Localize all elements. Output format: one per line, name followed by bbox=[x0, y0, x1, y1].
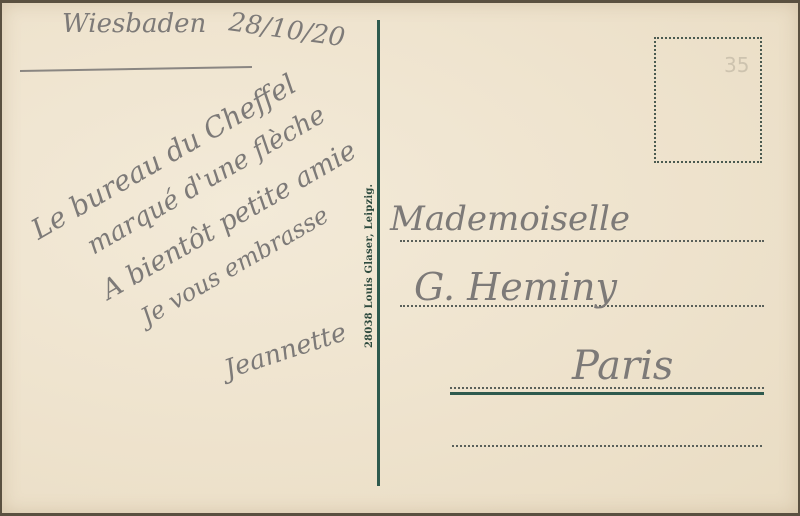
underline-stroke bbox=[20, 66, 252, 72]
address-recipient-name: G. Heminy bbox=[414, 265, 617, 309]
publisher-imprint: 28038 Louis Glaser, Leipzig. bbox=[364, 184, 375, 348]
postcard-back: Wiesbaden 28/10/20 Le bureau du Cheffel … bbox=[2, 3, 798, 513]
address-city: Paris bbox=[572, 343, 673, 389]
address-recipient-title: Mademoiselle bbox=[390, 199, 630, 239]
handwritten-place: Wiesbaden bbox=[62, 9, 206, 39]
center-divider bbox=[377, 20, 380, 486]
signature: Jeannette bbox=[221, 317, 351, 385]
stamp-box: 35 bbox=[654, 37, 762, 163]
address-line-1 bbox=[400, 240, 764, 242]
address-line-4 bbox=[452, 445, 762, 447]
handwritten-date: 28/10/20 bbox=[227, 7, 347, 53]
address-solid-rule bbox=[450, 392, 764, 395]
stamp-pencil-note: 35 bbox=[724, 53, 749, 77]
